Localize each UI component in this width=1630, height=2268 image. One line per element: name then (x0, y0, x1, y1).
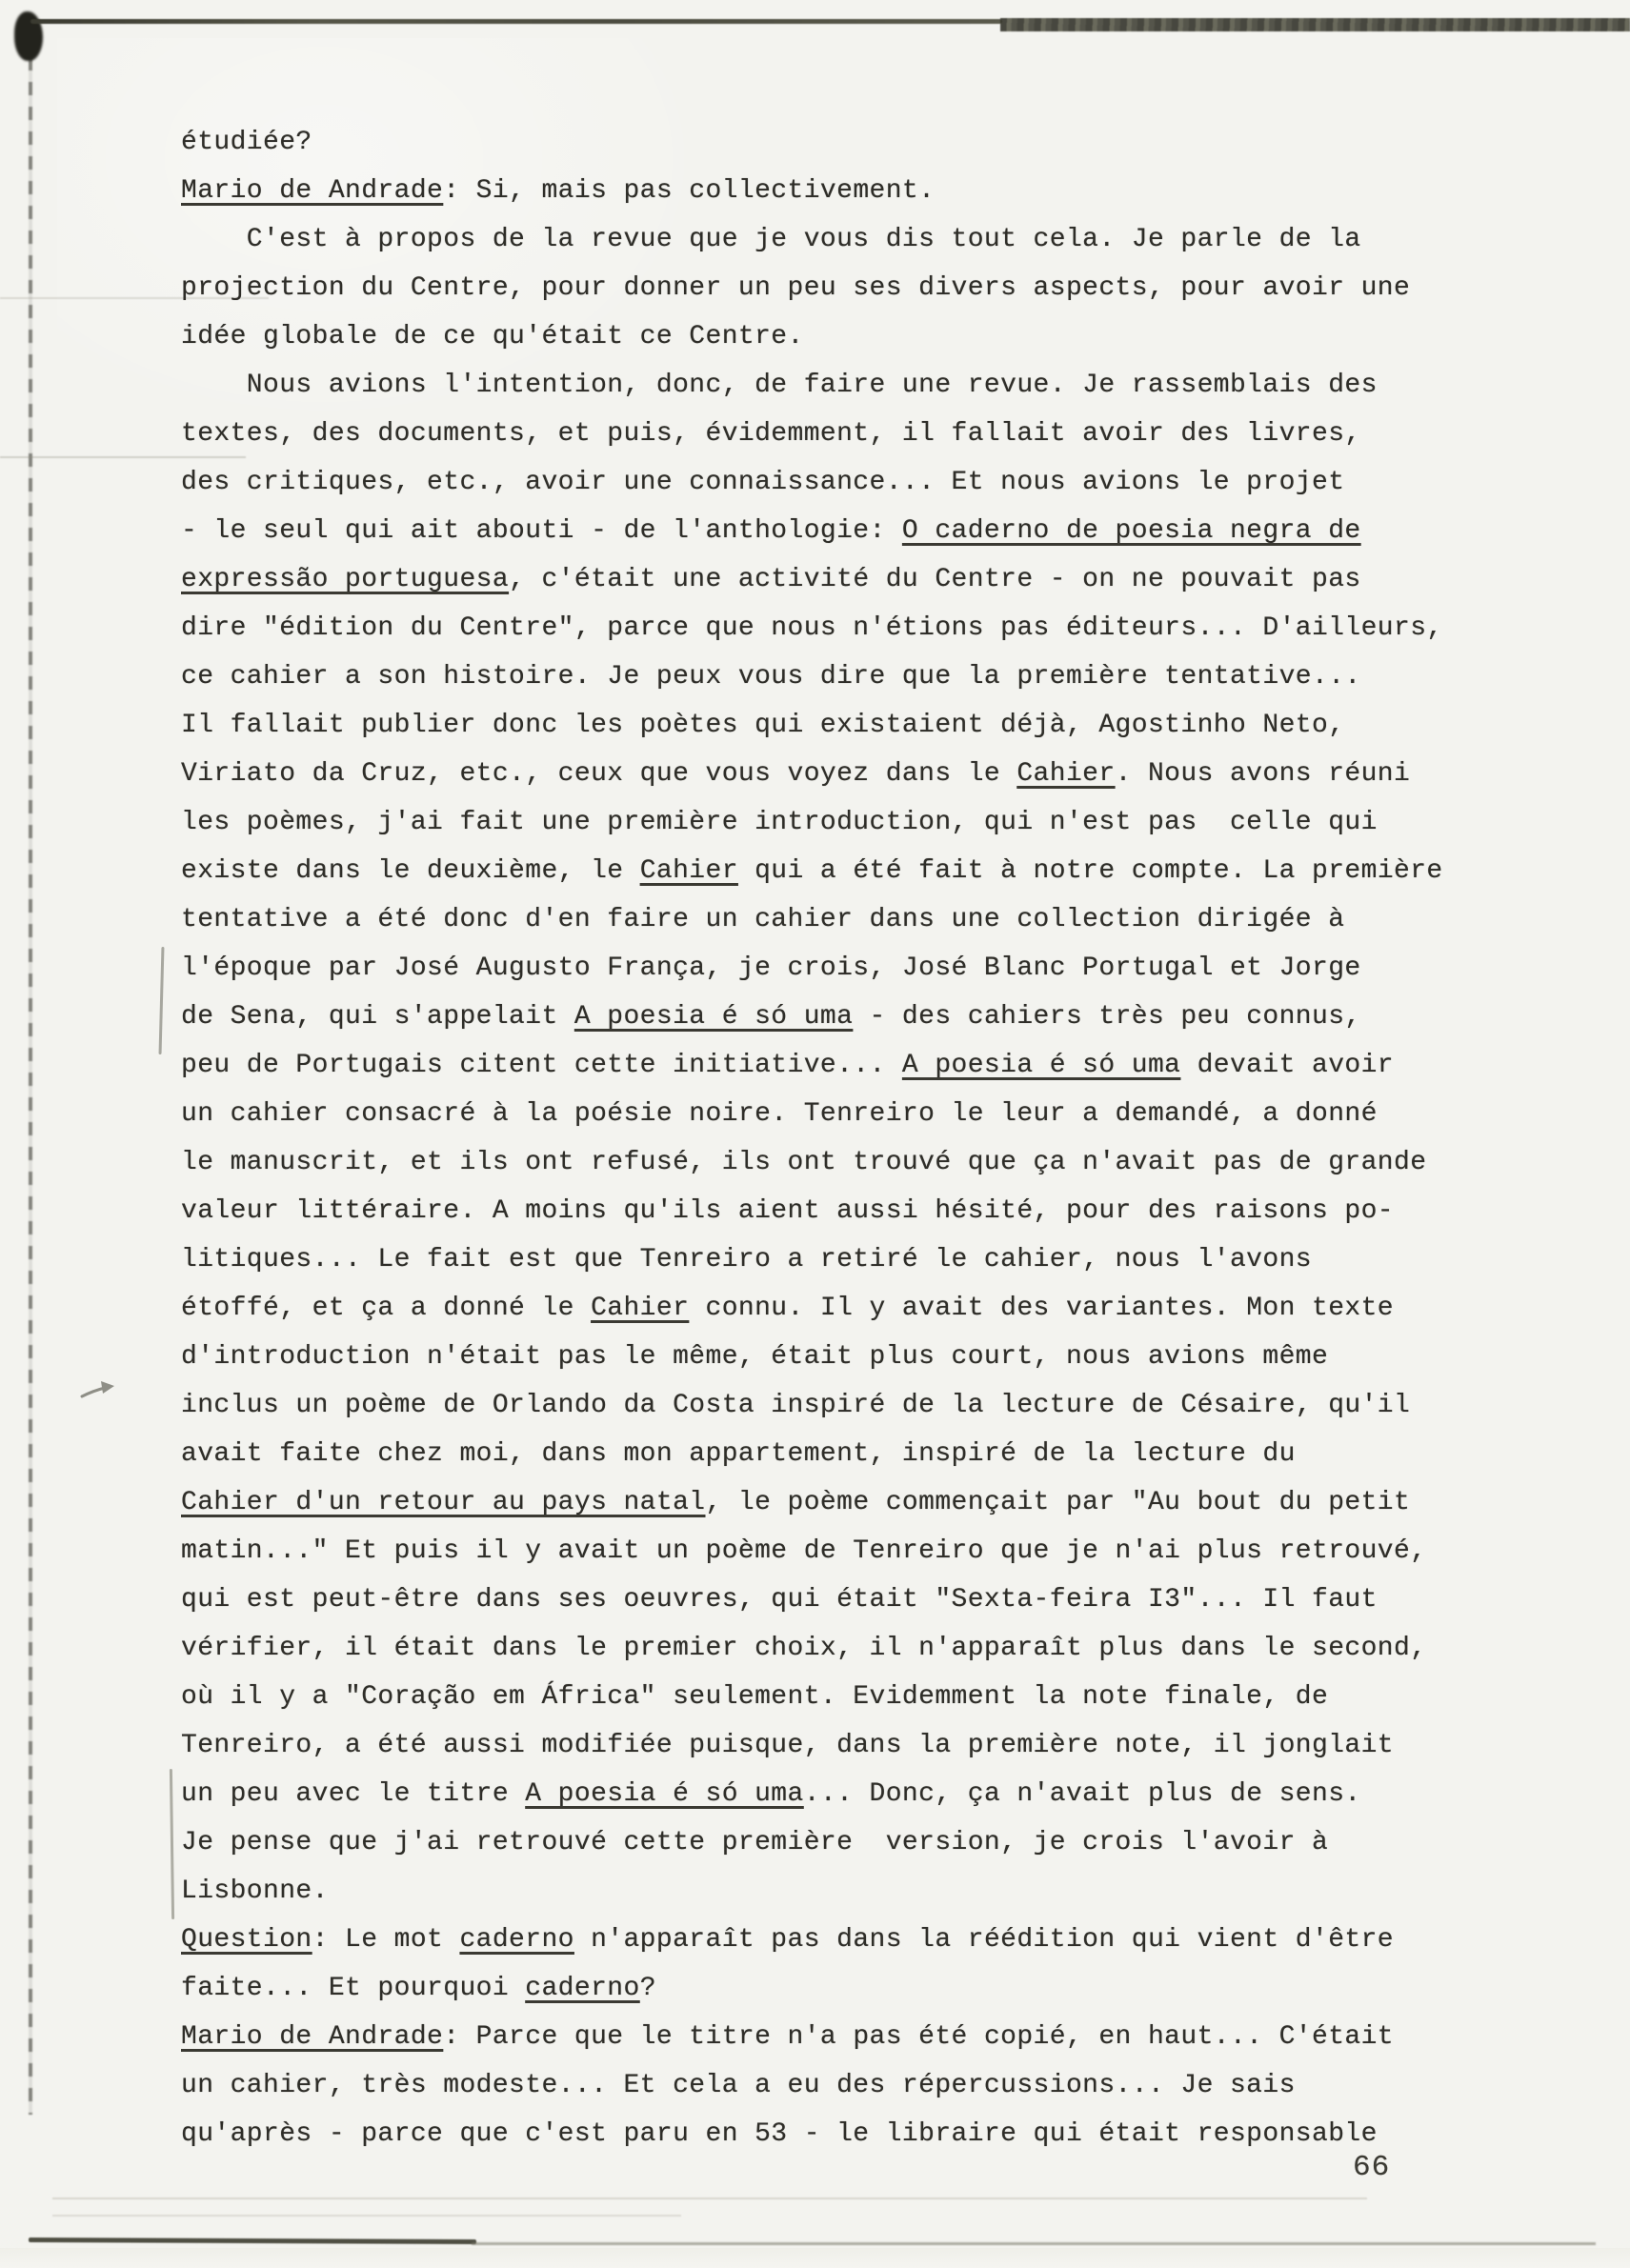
text-segment: - des cahiers très peu connus, (853, 1002, 1360, 1032)
underlined-text: Mario de Andrade (181, 2022, 443, 2052)
text-segment: textes, des documents, et puis, évidemme… (181, 419, 1361, 449)
text-segment: qui a été fait à notre compte. La premiè… (738, 856, 1443, 886)
text-segment: étoffé, et ça a donné le (181, 1294, 591, 1323)
text-segment: : Le mot (312, 1925, 460, 1955)
document-line: vérifier, il était dans le premier choix… (181, 1624, 1534, 1673)
underlined-text: caderno (459, 1925, 574, 1955)
document-line: existe dans le deuxième, le Cahier qui a… (181, 847, 1534, 895)
text-segment: C'est à propos de la revue que je vous d… (181, 225, 1361, 254)
underlined-text: Mario de Andrade (181, 176, 443, 206)
underlined-text: Cahier (591, 1294, 689, 1323)
document-line: valeur littéraire. A moins qu'ils aient … (181, 1187, 1534, 1235)
underlined-text: Cahier d'un retour au pays natal (181, 1488, 706, 1517)
text-segment: idée globale de ce qu'était ce Centre. (181, 322, 804, 351)
underlined-text: expressão portuguesa (181, 565, 509, 594)
document-line: Il fallait publier donc les poètes qui e… (181, 701, 1534, 750)
text-segment: où il y a "Coração em África" seulement.… (181, 1682, 1328, 1712)
document-line: projection du Centre, pour donner un peu… (181, 264, 1534, 312)
document-line: étudiée? (181, 118, 1534, 167)
text-segment: Viriato da Cruz, etc., ceux que vous voy… (181, 759, 1016, 789)
page-edge-bottom-faint (472, 2242, 1596, 2245)
document-line: qui est peut-être dans ses oeuvres, qui … (181, 1576, 1534, 1624)
text-segment: litiques... Le fait est que Tenreiro a r… (181, 1245, 1312, 1274)
text-segment: , c'était une activité du Centre - on ne… (509, 565, 1361, 594)
document-line: avait faite chez moi, dans mon apparteme… (181, 1430, 1534, 1478)
document-line: inclus un poème de Orlando da Costa insp… (181, 1381, 1534, 1430)
document-line: matin..." Et puis il y avait un poème de… (181, 1527, 1534, 1576)
document-line: les poèmes, j'ai fait une première intro… (181, 798, 1534, 847)
document-line: Mario de Andrade: Parce que le titre n'a… (181, 2013, 1534, 2061)
text-segment: ? (640, 1974, 656, 2003)
text-segment: Nous avions l'intention, donc, de faire … (181, 371, 1378, 400)
scanner-bed-strip (0, 2248, 1630, 2268)
underlined-text: Question (181, 1925, 312, 1955)
page-edge-top-dark (1000, 18, 1630, 31)
document-line: idée globale de ce qu'était ce Centre. (181, 312, 1534, 361)
text-segment: l'époque par José Augusto França, je cro… (181, 953, 1361, 983)
document-line: Nous avions l'intention, donc, de faire … (181, 361, 1534, 410)
text-segment: valeur littéraire. A moins qu'ils aient … (181, 1196, 1394, 1226)
document-line: dire "édition du Centre", parce que nous… (181, 604, 1534, 652)
text-segment: . Nous avons réuni (1116, 759, 1411, 789)
text-segment: les poèmes, j'ai fait une première intro… (181, 808, 1378, 837)
document-line: Lisbonne. (181, 1867, 1534, 1916)
text-segment: faite... Et pourquoi (181, 1974, 525, 2003)
document-line: Question: Le mot caderno n'apparaît pas … (181, 1916, 1534, 1964)
text-segment: ce cahier a son histoire. Je peux vous d… (181, 662, 1361, 692)
text-segment: le manuscrit, et ils ont refusé, ils ont… (181, 1148, 1426, 1177)
document-line: C'est à propos de la revue que je vous d… (181, 215, 1534, 264)
text-segment: , le poème commençait par "Au bout du pe… (706, 1488, 1411, 1517)
document-line: Je pense que j'ai retrouvé cette premièr… (181, 1818, 1534, 1867)
text-segment: projection du Centre, pour donner un peu… (181, 273, 1410, 303)
document-line: Cahier d'un retour au pays natal, le poè… (181, 1478, 1534, 1527)
underlined-text: caderno (525, 1974, 639, 2003)
text-segment: connu. Il y avait des variantes. Mon tex… (689, 1294, 1394, 1323)
text-segment: d'introduction n'était pas le même, étai… (181, 1342, 1328, 1372)
text-segment: : Si, mais pas collectivement. (443, 176, 935, 206)
underlined-text: A poesia é só uma (525, 1779, 803, 1809)
text-segment: qu'après - parce que c'est paru en 53 - … (181, 2119, 1378, 2149)
text-segment: de Sena, qui s'appelait (181, 1002, 574, 1032)
text-segment: ... Donc, ça n'avait plus de sens. (804, 1779, 1361, 1809)
document-line: un cahier, très modeste... Et cela a eu … (181, 2061, 1534, 2110)
text-segment: - le seul qui ait abouti - de l'antholog… (181, 516, 902, 546)
document-line: litiques... Le fait est que Tenreiro a r… (181, 1235, 1534, 1284)
document-line: tentative a été donc d'en faire un cahie… (181, 895, 1534, 944)
text-segment: devait avoir (1180, 1051, 1394, 1080)
scan-artifact-line (52, 2198, 1367, 2199)
underlined-text: Cahier (1016, 759, 1115, 789)
document-line: qu'après - parce que c'est paru en 53 - … (181, 2110, 1534, 2158)
document-line: Mario de Andrade: Si, mais pas collectiv… (181, 167, 1534, 215)
page-edge-left-streaks (29, 57, 32, 2115)
document-line: étoffé, et ça a donné le Cahier connu. I… (181, 1284, 1534, 1333)
text-segment: un cahier, très modeste... Et cela a eu … (181, 2071, 1296, 2100)
document-line: d'introduction n'était pas le même, étai… (181, 1333, 1534, 1381)
text-segment: existe dans le deuxième, le (181, 856, 640, 886)
document-line: faite... Et pourquoi caderno? (181, 1964, 1534, 2013)
underlined-text: A poesia é só uma (574, 1002, 853, 1032)
document-line: ce cahier a son histoire. Je peux vous d… (181, 652, 1534, 701)
text-segment: Il fallait publier donc les poètes qui e… (181, 711, 1344, 740)
document-line: l'époque par José Augusto França, je cro… (181, 944, 1534, 993)
text-segment: peu de Portugais citent cette initiative… (181, 1051, 902, 1080)
text-segment: qui est peut-être dans ses oeuvres, qui … (181, 1585, 1378, 1615)
document-line: un cahier consacré à la poésie noire. Te… (181, 1090, 1534, 1138)
text-segment: avait faite chez moi, dans mon apparteme… (181, 1439, 1296, 1469)
document-line: - le seul qui ait abouti - de l'antholog… (181, 507, 1534, 555)
underlined-text: A poesia é só uma (902, 1051, 1180, 1080)
text-segment: des critiques, etc., avoir une connaissa… (181, 468, 1344, 497)
document-lines: étudiée?Mario de Andrade: Si, mais pas c… (181, 118, 1534, 2158)
document-line: des critiques, etc., avoir une connaissa… (181, 458, 1534, 507)
text-segment: étudiée? (181, 128, 312, 157)
document-line: le manuscrit, et ils ont refusé, ils ont… (181, 1138, 1534, 1187)
text-segment: Lisbonne. (181, 1877, 329, 1906)
document-line: où il y a "Coração em África" seulement.… (181, 1673, 1534, 1721)
text-segment: Tenreiro, a été aussi modifiée puisque, … (181, 1731, 1394, 1760)
document-line: Viriato da Cruz, etc., ceux que vous voy… (181, 750, 1534, 798)
text-segment: Je pense que j'ai retrouvé cette premièr… (181, 1828, 1328, 1857)
underlined-text: O caderno de poesia negra de (902, 516, 1361, 546)
scan-artifact-line (52, 2215, 681, 2217)
page-number: 66 (1353, 2151, 1390, 2184)
scanned-document: { "page": { "number": "66" }, "colors": … (0, 0, 1630, 2268)
text-segment: vérifier, il était dans le premier choix… (181, 1634, 1426, 1663)
text-segment: n'apparaît pas dans la réédition qui vie… (574, 1925, 1394, 1955)
text-segment: dire "édition du Centre", parce que nous… (181, 613, 1443, 643)
text-segment: un peu avec le titre (181, 1779, 525, 1809)
margin-pen-arrow-icon (80, 1377, 118, 1402)
text-segment: tentative a été donc d'en faire un cahie… (181, 905, 1344, 934)
text-segment: un cahier consacré à la poésie noire. Te… (181, 1099, 1378, 1129)
document-line: de Sena, qui s'appelait A poesia é só um… (181, 993, 1534, 1041)
document-line: expressão portuguesa, c'était une activi… (181, 555, 1534, 604)
document-line: textes, des documents, et puis, évidemme… (181, 410, 1534, 458)
text-segment: inclus un poème de Orlando da Costa insp… (181, 1391, 1410, 1420)
underlined-text: Cahier (640, 856, 738, 886)
document-line: peu de Portugais citent cette initiative… (181, 1041, 1534, 1090)
page-edge-top (30, 19, 1002, 24)
document-line: un peu avec le titre A poesia é só uma..… (181, 1770, 1534, 1818)
text-segment: matin..." Et puis il y avait un poème de… (181, 1536, 1426, 1566)
text-segment: : Parce que le titre n'a pas été copié, … (443, 2022, 1394, 2052)
document-line: Tenreiro, a été aussi modifiée puisque, … (181, 1721, 1534, 1770)
